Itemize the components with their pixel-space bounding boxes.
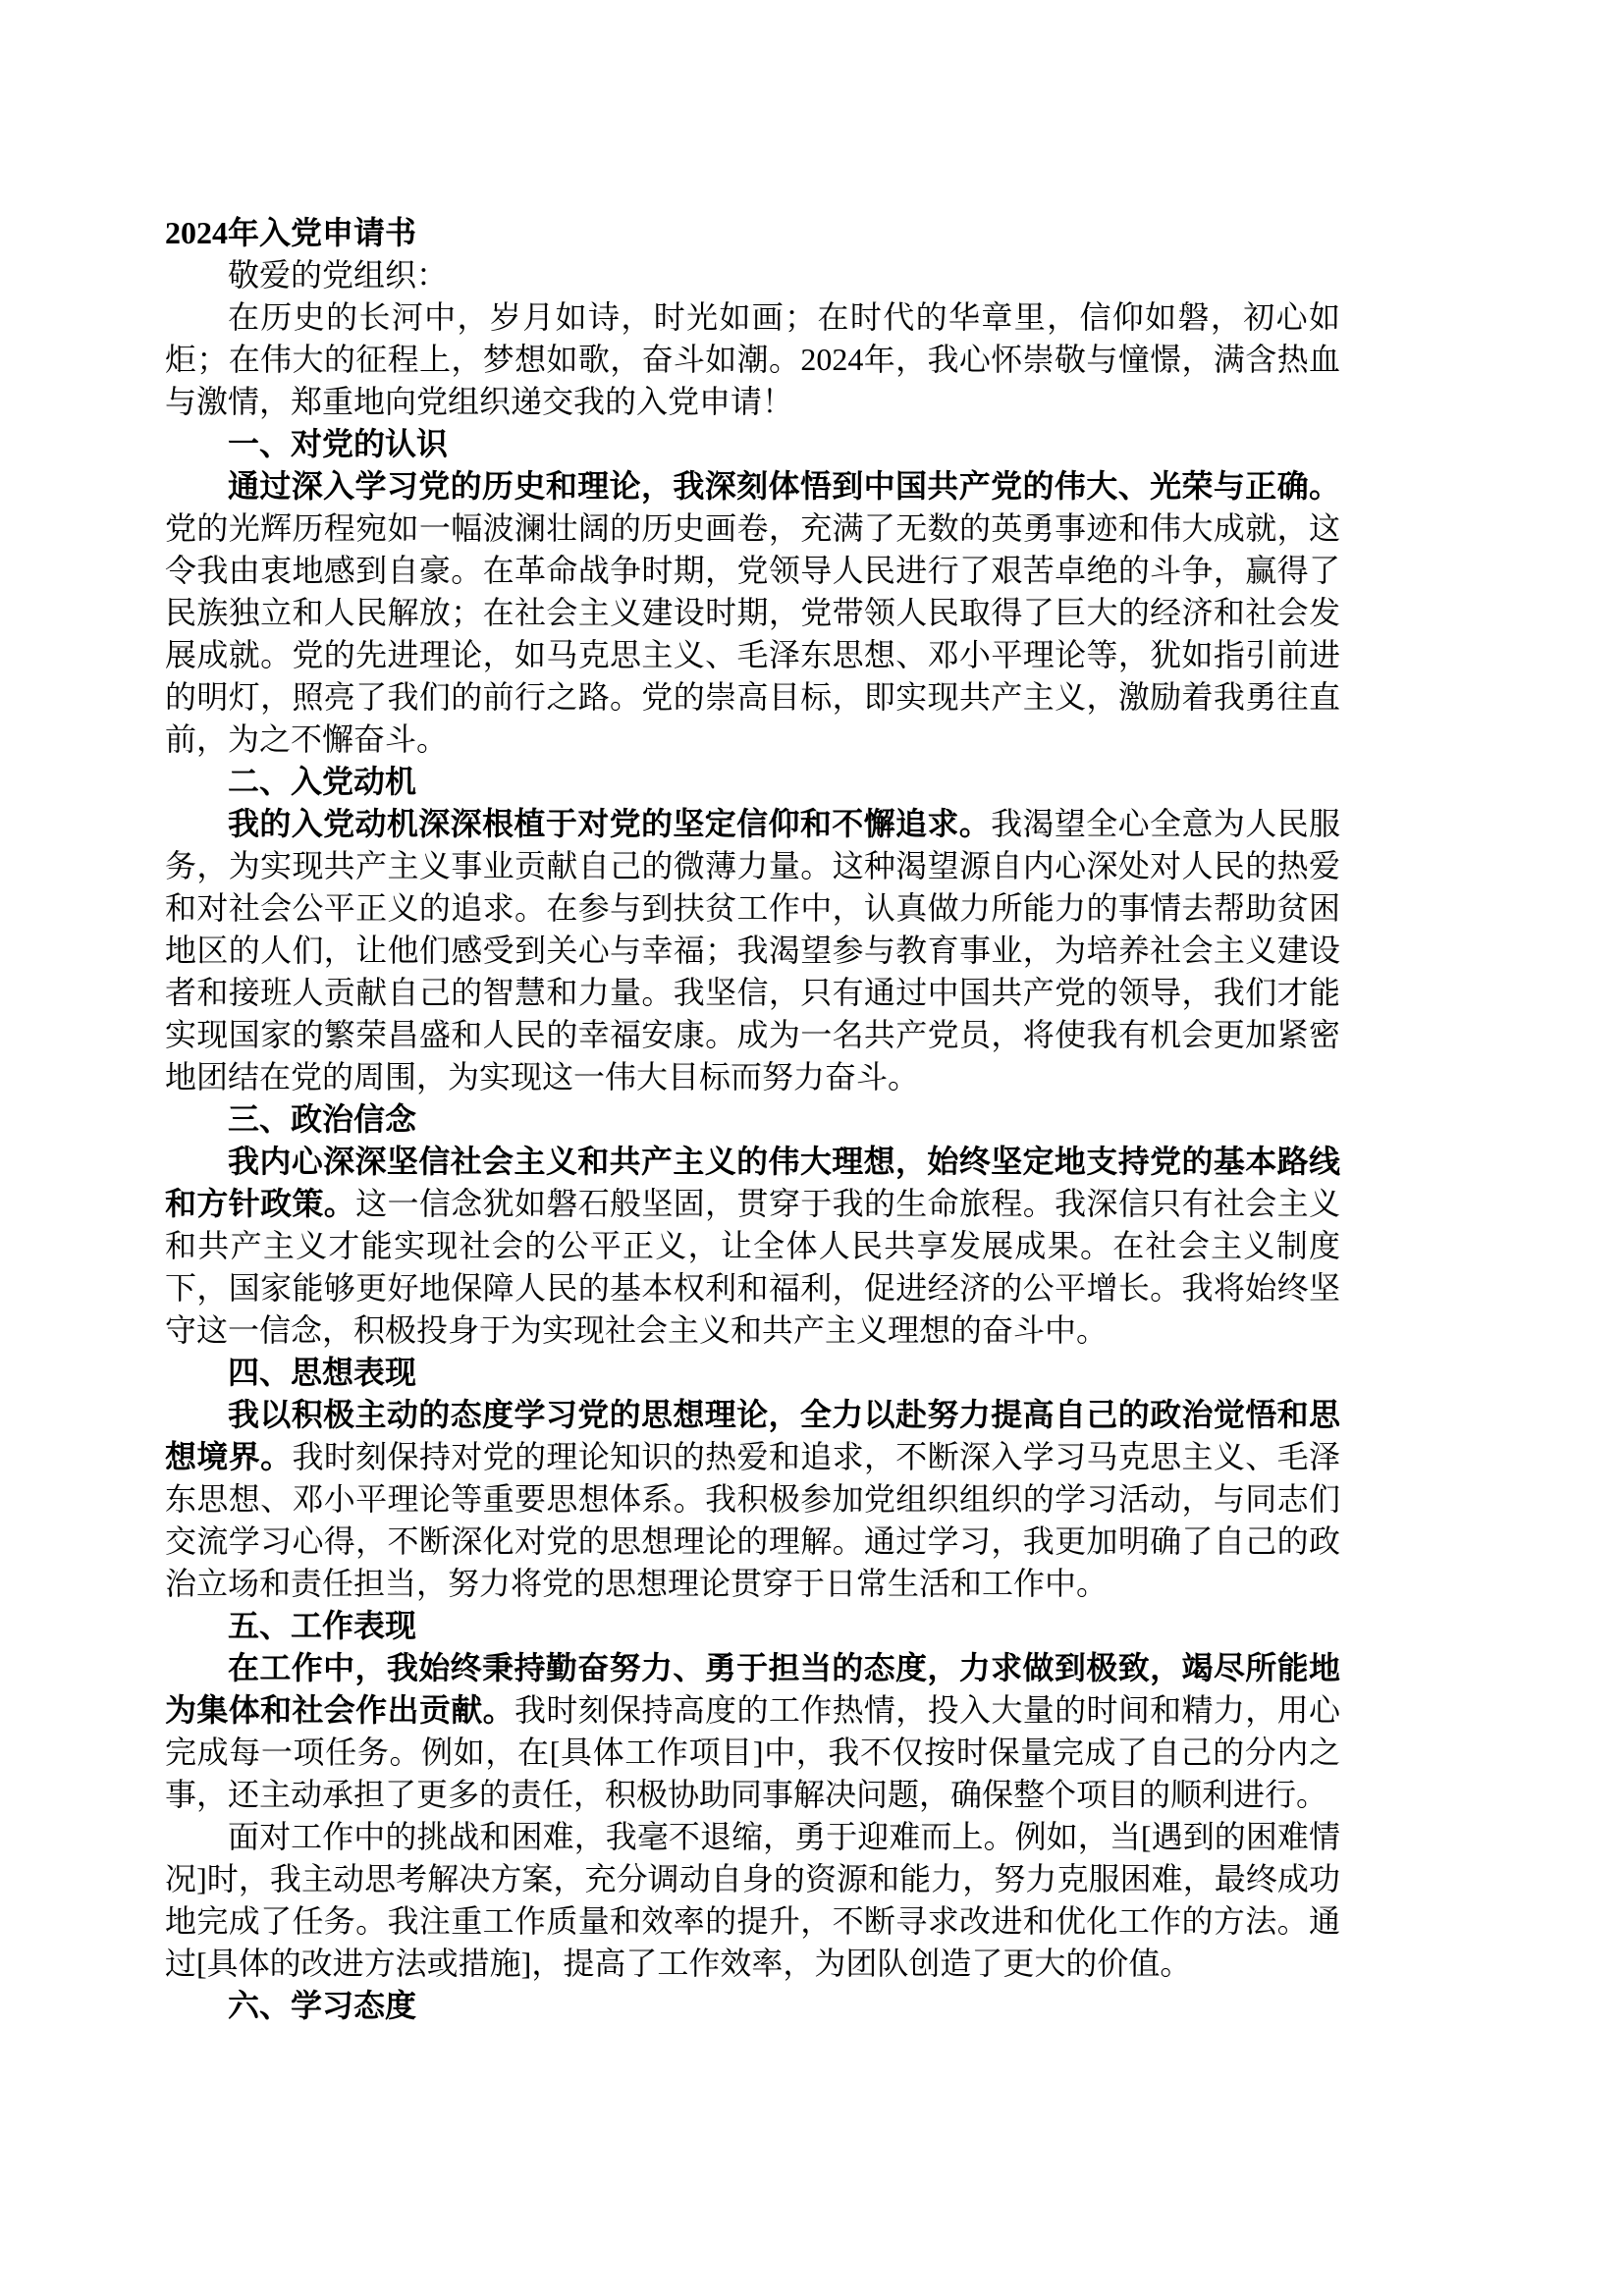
bold-text-run: 三、政治信念: [228, 1101, 416, 1137]
text-run: 我渴望全心全意为人民服务，为实现共产主义事业贡献自己的微薄力量。这种渴望源自内心…: [165, 806, 1340, 1095]
section-heading: 四、思想表现: [165, 1352, 1340, 1394]
text-run: 面对工作中的挑战和困难，我毫不退缩，勇于迎难而上。例如，当[遇到的困难情况]时，…: [165, 1819, 1340, 1981]
body-paragraph: 通过深入学习党的历史和理论，我深刻体悟到中国共产党的伟大、光荣与正确。党的光辉历…: [165, 465, 1340, 761]
section-heading: 三、政治信念: [165, 1098, 1340, 1141]
text-run: 在历史的长河中，岁月如诗，时光如画；在时代的华章里，信仰如磐，初心如炬；在伟大的…: [165, 299, 1340, 419]
body-paragraph: 在工作中，我始终秉持勤奋努力、勇于担当的态度，力求做到极致，竭尽所能地为集体和社…: [165, 1647, 1340, 1816]
section-heading: 一、对党的认识: [165, 423, 1340, 465]
document-page: 2024年入党申请书 敬爱的党组织：在历史的长河中，岁月如诗，时光如画；在时代的…: [0, 0, 1624, 2296]
bold-text-run: 通过深入学习党的历史和理论，我深刻体悟到中国共产党的伟大、光荣与正确。: [228, 468, 1340, 504]
text-run: 党的光辉历程宛如一幅波澜壮阔的历史画卷，充满了无数的英勇事迹和伟大成就，这令我由…: [165, 510, 1340, 757]
body-paragraph: 我以积极主动的态度学习党的思想理论，全力以赴努力提高自己的政治觉悟和思想境界。我…: [165, 1394, 1340, 1605]
section-heading: 五、工作表现: [165, 1605, 1340, 1647]
text-run: 敬爱的党组织：: [228, 257, 448, 293]
bold-text-run: 二、入党动机: [228, 764, 416, 799]
bold-text-run: 六、学习态度: [228, 1988, 416, 2023]
body-paragraph: 面对工作中的挑战和困难，我毫不退缩，勇于迎难而上。例如，当[遇到的困难情况]时，…: [165, 1816, 1340, 1985]
body-paragraph: 在历史的长河中，岁月如诗，时光如画；在时代的华章里，信仰如磐，初心如炬；在伟大的…: [165, 296, 1340, 423]
text-run: 我时刻保持对党的理论知识的热爱和追求，不断深入学习马克思主义、毛泽东思想、邓小平…: [165, 1439, 1340, 1601]
body-paragraph: 我的入党动机深深根植于对党的坚定信仰和不懈追求。我渴望全心全意为人民服务，为实现…: [165, 803, 1340, 1098]
bold-text-run: 四、思想表现: [228, 1355, 416, 1390]
bold-text-run: 一、对党的认识: [228, 426, 448, 461]
section-heading: 二、入党动机: [165, 761, 1340, 803]
document-body: 敬爱的党组织：在历史的长河中，岁月如诗，时光如画；在时代的华章里，信仰如磐，初心…: [165, 254, 1340, 2027]
salutation-line: 敬爱的党组织：: [165, 254, 1340, 296]
bold-text-run: 我的入党动机深深根植于对党的坚定信仰和不懈追求。: [228, 806, 991, 841]
bold-text-run: 五、工作表现: [228, 1608, 416, 1643]
section-heading: 六、学习态度: [165, 1985, 1340, 2027]
body-paragraph: 我内心深深坚信社会主义和共产主义的伟大理想，始终坚定地支持党的基本路线和方针政策…: [165, 1141, 1340, 1352]
document-title: 2024年入党申请书: [165, 212, 1340, 254]
